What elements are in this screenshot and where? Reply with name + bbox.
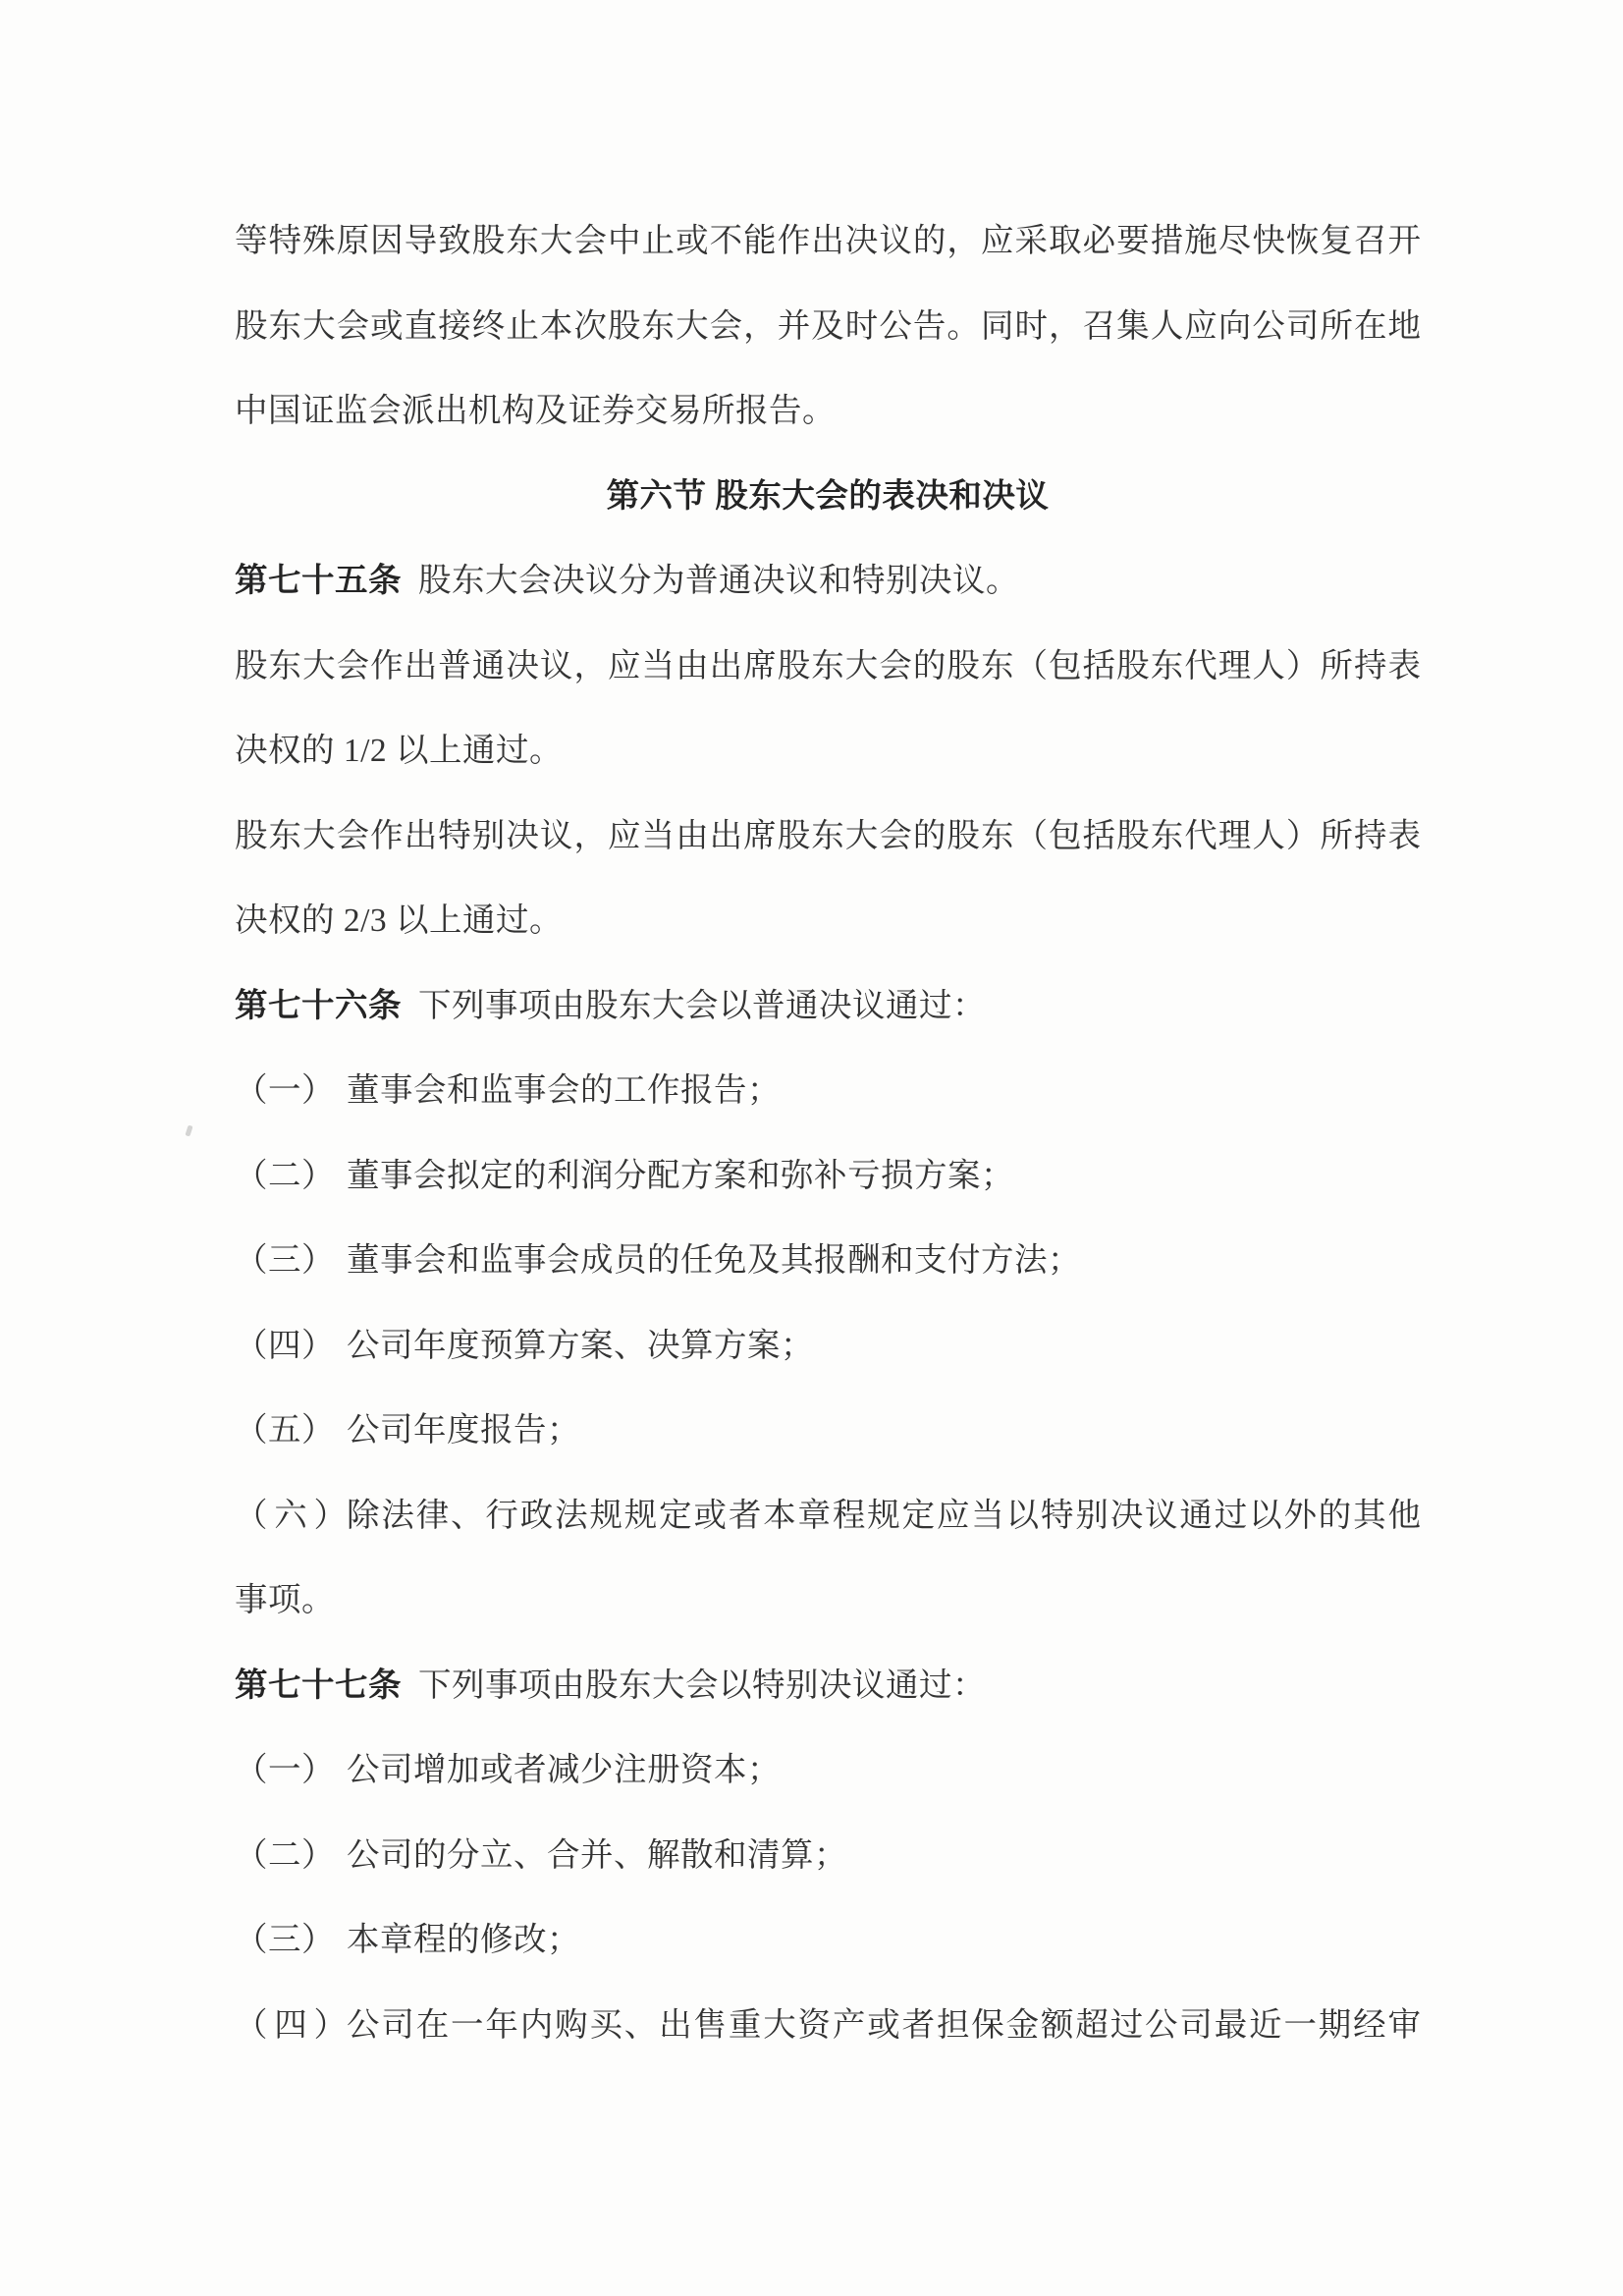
list-marker: （一） <box>235 1728 347 1814</box>
list-marker: （二） <box>235 1814 347 1899</box>
list-item: （六）除法律、行政法规规定或者本章程规定应当以特别决议通过以外的其他 <box>235 1474 1421 1559</box>
list-marker: （六） <box>235 1474 347 1559</box>
list-item: （四）公司在一年内购买、出售重大资产或者担保金额超过公司最近一期经审 <box>235 1984 1421 2069</box>
body-line: 股东大会作出特别决议，应当由出席股东大会的股东（包括股东代理人）所持表 <box>235 794 1421 880</box>
list-marker: （三） <box>235 1898 347 1984</box>
article-line: 第七十六条下列事项由股东大会以普通决议通过： <box>235 964 1421 1050</box>
list-item-text: 公司增加或者减少注册资本； <box>347 1728 1421 1814</box>
body-line: 决权的 2/3 以上通过。 <box>235 879 1421 964</box>
body-line: 事项。 <box>235 1558 1421 1644</box>
body-line: 中国证监会派出机构及证券交易所报告。 <box>235 369 1421 455</box>
list-item-text: 本章程的修改； <box>347 1898 1421 1984</box>
list-item-text: 公司在一年内购买、出售重大资产或者担保金额超过公司最近一期经审 <box>347 1984 1421 2069</box>
list-item-text: 董事会和监事会的工作报告； <box>347 1049 1421 1134</box>
article-label: 第七十七条 <box>235 1667 402 1704</box>
list-marker: （四） <box>235 1984 347 2069</box>
article-label: 第七十六条 <box>235 988 402 1024</box>
article-line: 第七十七条下列事项由股东大会以特别决议通过： <box>235 1644 1421 1729</box>
list-marker: （二） <box>235 1134 347 1220</box>
list-item: （三）本章程的修改； <box>235 1898 1421 1984</box>
list-item: （一）公司增加或者减少注册资本； <box>235 1728 1421 1814</box>
body-line: 股东大会作出普通决议，应当由出席股东大会的股东（包括股东代理人）所持表 <box>235 625 1421 710</box>
list-item: （四）公司年度预算方案、决算方案； <box>235 1304 1421 1390</box>
page-content: 等特殊原因导致股东大会中止或不能作出决议的，应采取必要措施尽快恢复召开 股东大会… <box>235 199 1421 2068</box>
list-item: （五）公司年度报告； <box>235 1389 1421 1474</box>
article-text: 股东大会决议分为普通决议和特别决议。 <box>418 563 1019 599</box>
scan-artifact <box>185 1124 192 1136</box>
list-marker: （五） <box>235 1389 347 1474</box>
list-item: （二）董事会拟定的利润分配方案和弥补亏损方案； <box>235 1134 1421 1220</box>
list-marker: （一） <box>235 1049 347 1134</box>
list-item-text: 董事会拟定的利润分配方案和弥补亏损方案； <box>347 1134 1421 1220</box>
list-item-text: 公司的分立、合并、解散和清算； <box>347 1814 1421 1899</box>
article-label: 第七十五条 <box>235 563 402 599</box>
article-text: 下列事项由股东大会以普通决议通过： <box>418 988 986 1024</box>
list-marker: （三） <box>235 1219 347 1304</box>
list-item: （一）董事会和监事会的工作报告； <box>235 1049 1421 1134</box>
list-item-text: 公司年度报告； <box>347 1389 1421 1474</box>
document-page: 等特殊原因导致股东大会中止或不能作出决议的，应采取必要措施尽快恢复召开 股东大会… <box>0 0 1623 2296</box>
body-line: 股东大会或直接终止本次股东大会，并及时公告。同时，召集人应向公司所在地 <box>235 285 1421 370</box>
article-line: 第七十五条股东大会决议分为普通决议和特别决议。 <box>235 539 1421 625</box>
list-item-text: 公司年度预算方案、决算方案； <box>347 1304 1421 1390</box>
list-item-text: 董事会和监事会成员的任免及其报酬和支付方法； <box>347 1219 1421 1304</box>
article-text: 下列事项由股东大会以特别决议通过： <box>418 1667 986 1704</box>
list-item: （二）公司的分立、合并、解散和清算； <box>235 1814 1421 1899</box>
section-heading: 第六节 股东大会的表决和决议 <box>235 455 1421 540</box>
body-line: 等特殊原因导致股东大会中止或不能作出决议的，应采取必要措施尽快恢复召开 <box>235 199 1421 285</box>
list-marker: （四） <box>235 1304 347 1390</box>
list-item: （三）董事会和监事会成员的任免及其报酬和支付方法； <box>235 1219 1421 1304</box>
list-item-text: 除法律、行政法规规定或者本章程规定应当以特别决议通过以外的其他 <box>347 1474 1421 1559</box>
body-line: 决权的 1/2 以上通过。 <box>235 709 1421 794</box>
